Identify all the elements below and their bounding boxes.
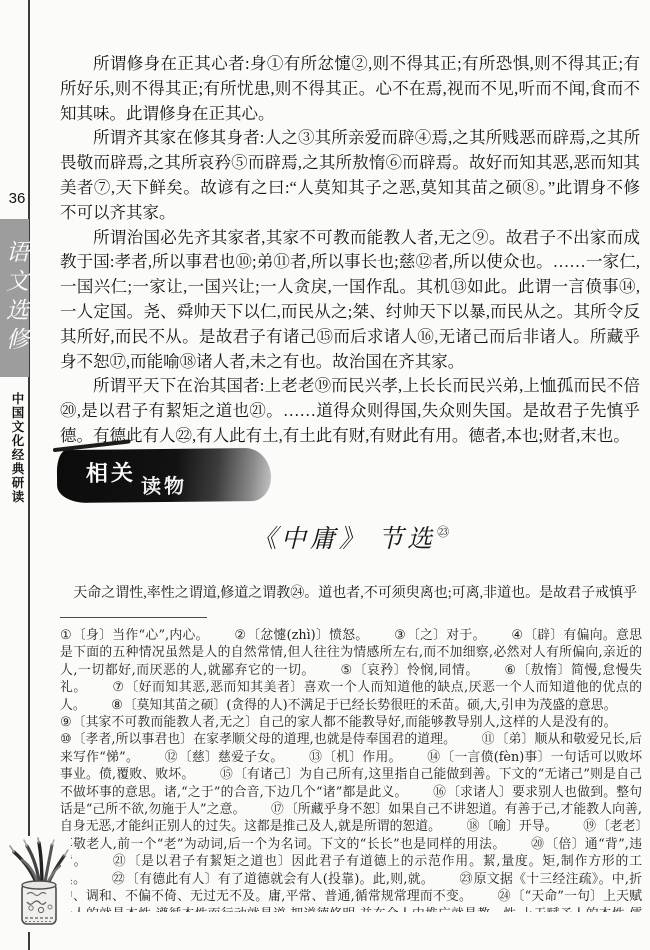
footnote-item: ③〔之〕对于。	[394, 628, 511, 643]
footnote-ref: ⑬	[309, 750, 323, 765]
reading-first-line: 天命之谓性,率性之谓道,修道之谓教㉔。道也者,不可须臾离也;可离,非道也。是故君…	[60, 584, 642, 604]
footnote-item: ⑫〔慈〕慈爱子女。	[165, 750, 309, 765]
reading-title-footnote-ref: ㉓	[437, 525, 449, 539]
footnote-ref: ④	[511, 628, 524, 643]
daxue-paragraph: 所谓齐其家在修其身者:人之③其所亲爱而辟④焉,之其所贱恶而辟焉,之其所畏敬而辟焉…	[60, 126, 640, 225]
page-number: 36	[7, 190, 27, 207]
footnote-item: ⑱〔喻〕开导。	[467, 819, 584, 834]
footnote-ref: ⑥	[504, 663, 517, 678]
footnote-ref: ⑯	[433, 785, 447, 800]
footnote-ref: ㉔	[498, 889, 512, 904]
footnote-item: ㉒〔有德此有人〕有了道德就会有人(投靠)。此,则,就。	[112, 872, 460, 887]
footnote-divider-line	[60, 617, 207, 618]
footnote-ref: ⑫	[165, 750, 179, 765]
footnote-ref: ③	[394, 628, 407, 643]
footnote-item: ①〔身〕当作“心”,内心。	[60, 628, 234, 643]
footnote-item: ②〔忿懥(zhì)〕愤怒。	[234, 628, 394, 643]
footnote-ref: ㉒	[112, 872, 126, 887]
footnote-ref: ②	[234, 628, 247, 643]
reading-title: 《中庸》 节选㉓	[60, 519, 640, 555]
footnote-item: ⑨〔其家不可教而能教人者,无之〕自己的家人都不能教导好,而能够教导别人,这样的人…	[60, 715, 642, 730]
footnote-ref: ⑱	[467, 819, 481, 834]
sidebar-divider-line	[28, 0, 30, 950]
footnote-ref: ⑭	[427, 750, 441, 765]
footnote-ref: ⑧	[111, 698, 124, 713]
footnote-ref: ㉓	[460, 872, 474, 887]
spine-label-box: 语文选修	[0, 219, 29, 377]
daxue-paragraph: 所谓修身在正其心者:身①有所忿懥②,则不得其正;有所恐惧,则不得其正;有所好乐,…	[60, 52, 640, 126]
spine-label-text: 语文选修	[0, 240, 29, 356]
footnote-item: ⑧〔莫知其苗之硕〕(贪得的人)不满足于已经长势很旺的禾苗。硕,大,引申为茂盛的意…	[111, 698, 642, 713]
banner-label-left: 相关	[86, 456, 136, 488]
footnote-ref: ⑮	[220, 767, 234, 782]
footnote-ref: ㉑	[113, 854, 128, 869]
footnote-ref: ⑪	[482, 732, 496, 747]
footnote-item: ⑩〔孝者,所以事君也〕在家孝顺父母的道理,也就是侍奉国君的道理。	[60, 732, 482, 747]
daxue-paragraph: 所谓平天下在治其国者:上老老⑲而民兴孝,上长长而民兴弟,上恤孤而民不倍⑳,是以君…	[60, 374, 640, 448]
reading-title-book: 《中庸》	[252, 526, 368, 553]
footnote-ref: ⑩	[60, 732, 73, 747]
footnote-ref: ⑰	[271, 802, 285, 817]
daxue-paragraphs: 所谓修身在正其心者:身①有所忿懥②,则不得其正;有所恐惧,则不得其正;有所好乐,…	[60, 52, 640, 452]
banner-label-right: 读物	[141, 470, 187, 499]
footnotes-block: ①〔身〕当作“心”,内心。②〔忿懥(zhì)〕愤怒。③〔之〕对于。④〔辟〕有偏向…	[60, 627, 642, 912]
footnote-item: ⑬〔机〕作用。	[309, 750, 427, 765]
footnote-ref: ⑤	[341, 663, 354, 678]
series-title-vertical: 中国文化经典研读	[4, 392, 26, 512]
brush-pot-illustration	[5, 836, 71, 932]
footnote-ref: ⑳	[531, 837, 545, 852]
footnote-ref: ⑨	[60, 715, 73, 730]
footnote-ref: ⑲	[583, 819, 597, 834]
footnote-item: ⑤〔哀矜〕怜悯,同情。	[341, 663, 505, 678]
footnote-ref: ⑦	[112, 680, 125, 695]
daxue-paragraph: 所谓治国必先齐其家者,其家不可教而能教人者,无之⑨。故君子不出家而成教于国:孝者…	[60, 226, 640, 375]
footnote-ref: ①	[60, 628, 73, 643]
related-readings-banner: 相关 读物	[57, 448, 272, 503]
reading-title-rest: 节选	[368, 526, 436, 553]
